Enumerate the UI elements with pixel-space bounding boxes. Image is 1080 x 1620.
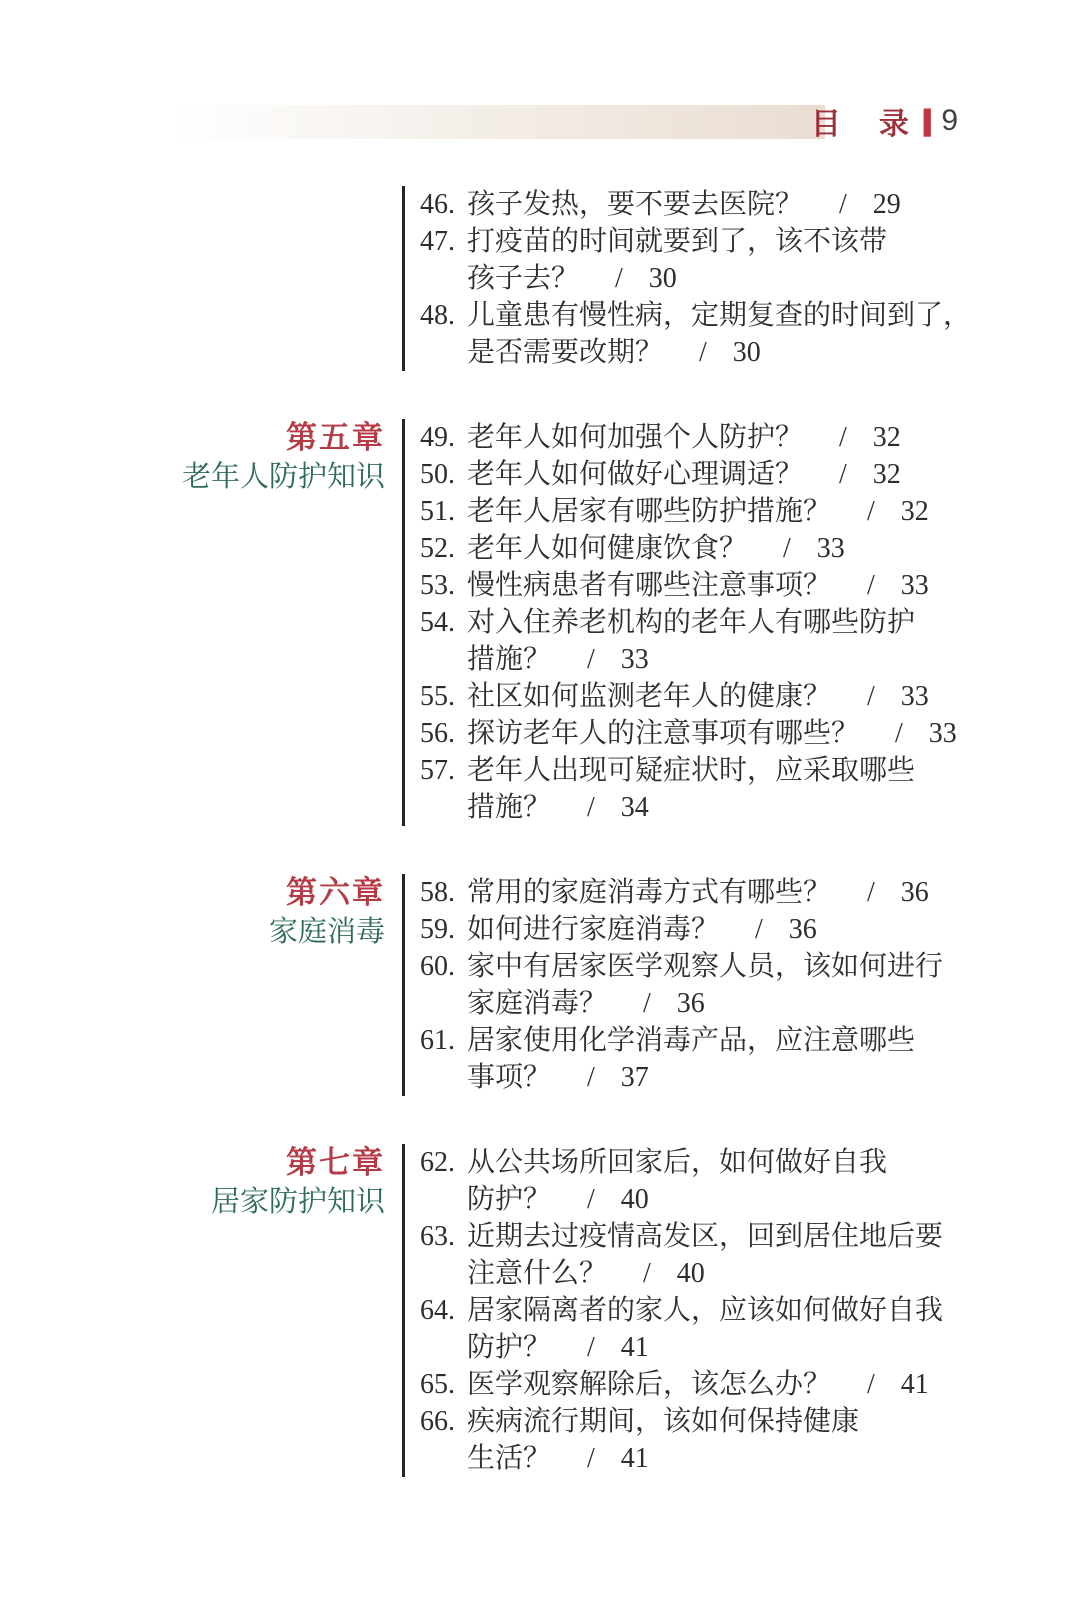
chapter-title: 居家防护知识 bbox=[0, 1184, 385, 1221]
toc-item-text: 打疫苗的时间就要到了，该不该带 孩子去？/30 bbox=[467, 223, 887, 297]
toc-item-text: 慢性病患者有哪些注意事项？/33 bbox=[467, 567, 929, 604]
toc-item-number: 64. bbox=[420, 1292, 467, 1366]
toc-item: 55. 社区如何监测老年人的健康？/33 bbox=[420, 678, 1020, 715]
toc-item-slash: / bbox=[755, 914, 763, 945]
toc-items-list: 58. 常用的家庭消毒方式有哪些？/36 59. 如何进行家庭消毒？/36 60… bbox=[402, 874, 1080, 1096]
toc-item-text: 居家隔离者的家人，应该如何做好自我 防护？/41 bbox=[467, 1292, 943, 1366]
header-title: 目 录 | 9 bbox=[811, 101, 958, 141]
toc-item-page-number: 41 bbox=[901, 1369, 929, 1400]
toc-item-number: 57. bbox=[420, 752, 467, 826]
toc-item-number: 63. bbox=[420, 1218, 467, 1292]
toc-item-page-number: 32 bbox=[873, 459, 901, 490]
toc-item: 50. 老年人如何做好心理调适？/32 bbox=[420, 456, 1020, 493]
toc-item-slash: / bbox=[867, 496, 875, 527]
toc-item-slash: / bbox=[699, 337, 707, 368]
toc-item: 64. 居家隔离者的家人，应该如何做好自我 防护？/41 bbox=[420, 1292, 1020, 1366]
toc-item-number: 66. bbox=[420, 1403, 467, 1477]
toc-item-slash: / bbox=[867, 1369, 875, 1400]
toc-item-slash: / bbox=[895, 718, 903, 749]
toc-item-page-number: 41 bbox=[621, 1443, 649, 1474]
toc-item-slash: / bbox=[867, 681, 875, 712]
toc-item-page-number: 30 bbox=[649, 263, 677, 294]
toc-item-page-number: 40 bbox=[677, 1258, 705, 1289]
toc-item-slash: / bbox=[839, 459, 847, 490]
toc-item: 52. 老年人如何健康饮食？/33 bbox=[420, 530, 1020, 567]
header-title-char-2: 录 bbox=[879, 99, 909, 143]
toc-item-slash: / bbox=[839, 189, 847, 220]
toc-item-question: 老年人如何健康饮食？ bbox=[467, 533, 747, 564]
toc-items-list: 62. 从公共场所回家后，如何做好自我 防护？/40 63. 近期去过疫情高发区… bbox=[402, 1144, 1080, 1477]
toc-item-number: 61. bbox=[420, 1022, 467, 1096]
toc-item-number: 58. bbox=[420, 874, 467, 911]
toc-item-slash: / bbox=[615, 263, 623, 294]
chapter-block-5: 第五章 老年人防护知识 49. 老年人如何加强个人防护？/32 50. 老年人如… bbox=[0, 419, 1080, 826]
toc-item-page-number: 41 bbox=[621, 1332, 649, 1363]
toc-item-number: 65. bbox=[420, 1366, 467, 1403]
toc-item-question: 社区如何监测老年人的健康？ bbox=[467, 681, 831, 712]
toc-item: 51. 老年人居家有哪些防护措施？/32 bbox=[420, 493, 1020, 530]
toc-item: 48. 儿童患有慢性病，定期复查的时间到了， 是否需要改期？/30 bbox=[420, 297, 1020, 371]
toc-item-page-number: 34 bbox=[621, 792, 649, 823]
toc-item: 46. 孩子发热，要不要去医院？/29 bbox=[420, 186, 1020, 223]
toc-item-slash: / bbox=[783, 533, 791, 564]
chapter-label: 第七章 居家防护知识 bbox=[0, 1144, 402, 1477]
chapter-label bbox=[0, 186, 402, 371]
toc-item: 61. 居家使用化学消毒产品，应注意哪些 事项？/37 bbox=[420, 1022, 1020, 1096]
toc-item-text: 老年人如何健康饮食？/33 bbox=[467, 530, 845, 567]
toc-items-list: 46. 孩子发热，要不要去医院？/29 47. 打疫苗的时间就要到了，该不该带 … bbox=[402, 186, 1080, 371]
toc-item-question: 老年人出现可疑症状时，应采取哪些 措施？ bbox=[467, 755, 915, 823]
toc-item-text: 疾病流行期间，该如何保持健康 生活？/41 bbox=[467, 1403, 859, 1477]
toc-item-text: 老年人如何做好心理调适？/32 bbox=[467, 456, 901, 493]
toc-item-number: 55. bbox=[420, 678, 467, 715]
toc-item-question: 老年人如何做好心理调适？ bbox=[467, 459, 803, 490]
toc-item-question: 打疫苗的时间就要到了，该不该带 孩子去？ bbox=[467, 226, 887, 294]
toc-item-question: 居家隔离者的家人，应该如何做好自我 防护？ bbox=[467, 1295, 943, 1363]
toc-item-text: 老年人如何加强个人防护？/32 bbox=[467, 419, 901, 456]
toc-item-number: 53. bbox=[420, 567, 467, 604]
toc-item-text: 探访老年人的注意事项有哪些？/33 bbox=[467, 715, 957, 752]
toc-item-question: 儿童患有慢性病，定期复查的时间到了， 是否需要改期？ bbox=[467, 300, 971, 368]
toc-item-page-number: 33 bbox=[817, 533, 845, 564]
toc-item-text: 居家使用化学消毒产品，应注意哪些 事项？/37 bbox=[467, 1022, 915, 1096]
toc-item-text: 老年人出现可疑症状时，应采取哪些 措施？/34 bbox=[467, 752, 915, 826]
chapter-label: 第五章 老年人防护知识 bbox=[0, 419, 402, 826]
toc-item-page-number: 37 bbox=[621, 1062, 649, 1093]
toc-item-number: 46. bbox=[420, 186, 467, 223]
toc-item-text: 社区如何监测老年人的健康？/33 bbox=[467, 678, 929, 715]
toc-item-question: 老年人居家有哪些防护措施？ bbox=[467, 496, 831, 527]
toc-item-page-number: 36 bbox=[789, 914, 817, 945]
chapter-title: 家庭消毒 bbox=[0, 914, 385, 951]
toc-item-number: 60. bbox=[420, 948, 467, 1022]
toc-item-number: 62. bbox=[420, 1144, 467, 1218]
toc-item-page-number: 36 bbox=[901, 877, 929, 908]
toc-item-question: 近期去过疫情高发区，回到居住地后要 注意什么？ bbox=[467, 1221, 943, 1289]
toc-item-number: 51. bbox=[420, 493, 467, 530]
toc-item-slash: / bbox=[587, 792, 595, 823]
toc-item-page-number: 40 bbox=[621, 1184, 649, 1215]
chapter-label: 第六章 家庭消毒 bbox=[0, 874, 402, 1096]
toc-item-slash: / bbox=[587, 1332, 595, 1363]
toc-item-text: 孩子发热，要不要去医院？/29 bbox=[467, 186, 901, 223]
chapter-block-6: 第六章 家庭消毒 58. 常用的家庭消毒方式有哪些？/36 59. 如何进行家庭… bbox=[0, 874, 1080, 1096]
toc-item-question: 探访老年人的注意事项有哪些？ bbox=[467, 718, 859, 749]
toc-item-page-number: 33 bbox=[621, 644, 649, 675]
toc-item: 57. 老年人出现可疑症状时，应采取哪些 措施？/34 bbox=[420, 752, 1020, 826]
chapter-block-continued: 46. 孩子发热，要不要去医院？/29 47. 打疫苗的时间就要到了，该不该带 … bbox=[0, 186, 1080, 371]
toc-item-page-number: 33 bbox=[929, 718, 957, 749]
toc-item-page-number: 36 bbox=[677, 988, 705, 1019]
toc-item-page-number: 32 bbox=[901, 496, 929, 527]
toc-item: 60. 家中有居家医学观察人员，该如何进行 家庭消毒？/36 bbox=[420, 948, 1020, 1022]
header-title-char-1: 目 bbox=[811, 99, 841, 143]
toc-item-page-number: 30 bbox=[733, 337, 761, 368]
toc-item-text: 老年人居家有哪些防护措施？/32 bbox=[467, 493, 929, 530]
toc-item-question: 对入住养老机构的老年人有哪些防护 措施？ bbox=[467, 607, 915, 675]
toc-item-number: 52. bbox=[420, 530, 467, 567]
toc-item-page-number: 32 bbox=[873, 422, 901, 453]
chapter-title: 老年人防护知识 bbox=[0, 459, 385, 496]
toc-page: 目 录 | 9 46. 孩子发热，要不要去医院？/29 47. bbox=[0, 0, 1080, 1620]
toc-item-question: 家中有居家医学观察人员，该如何进行 家庭消毒？ bbox=[467, 951, 943, 1019]
toc-item-number: 49. bbox=[420, 419, 467, 456]
toc-item-number: 47. bbox=[420, 223, 467, 297]
toc-item-question: 医学观察解除后，该怎么办？ bbox=[467, 1369, 831, 1400]
toc-item: 58. 常用的家庭消毒方式有哪些？/36 bbox=[420, 874, 1020, 911]
toc-item: 53. 慢性病患者有哪些注意事项？/33 bbox=[420, 567, 1020, 604]
toc-item-slash: / bbox=[643, 1258, 651, 1289]
chapter-number: 第七章 bbox=[0, 1144, 385, 1181]
toc-item-slash: / bbox=[643, 988, 651, 1019]
toc-item-number: 50. bbox=[420, 456, 467, 493]
toc-item-text: 家中有居家医学观察人员，该如何进行 家庭消毒？/36 bbox=[467, 948, 943, 1022]
toc-item-slash: / bbox=[587, 1443, 595, 1474]
toc-item-text: 医学观察解除后，该怎么办？/41 bbox=[467, 1366, 929, 1403]
toc-item-question: 常用的家庭消毒方式有哪些？ bbox=[467, 877, 831, 908]
toc-item: 59. 如何进行家庭消毒？/36 bbox=[420, 911, 1020, 948]
chapter-number: 第五章 bbox=[0, 419, 385, 456]
toc-item: 63. 近期去过疫情高发区，回到居住地后要 注意什么？/40 bbox=[420, 1218, 1020, 1292]
toc-item: 49. 老年人如何加强个人防护？/32 bbox=[420, 419, 1020, 456]
toc-item-text: 常用的家庭消毒方式有哪些？/36 bbox=[467, 874, 929, 911]
toc-item-page-number: 33 bbox=[901, 681, 929, 712]
header-gradient-bar bbox=[170, 105, 825, 139]
toc-item: 47. 打疫苗的时间就要到了，该不该带 孩子去？/30 bbox=[420, 223, 1020, 297]
toc-item-question: 疾病流行期间，该如何保持健康 生活？ bbox=[467, 1406, 859, 1474]
toc-item-question: 如何进行家庭消毒？ bbox=[467, 914, 719, 945]
toc-item-text: 对入住养老机构的老年人有哪些防护 措施？/33 bbox=[467, 604, 915, 678]
toc-item-number: 48. bbox=[420, 297, 467, 371]
toc-item: 66. 疾病流行期间，该如何保持健康 生活？/41 bbox=[420, 1403, 1020, 1477]
toc-item-number: 59. bbox=[420, 911, 467, 948]
toc-item-slash: / bbox=[587, 644, 595, 675]
toc-item-text: 从公共场所回家后，如何做好自我 防护？/40 bbox=[467, 1144, 887, 1218]
toc-item-page-number: 33 bbox=[901, 570, 929, 601]
toc-item-text: 近期去过疫情高发区，回到居住地后要 注意什么？/40 bbox=[467, 1218, 943, 1292]
toc-item-question: 居家使用化学消毒产品，应注意哪些 事项？ bbox=[467, 1025, 915, 1093]
toc-item-slash: / bbox=[867, 877, 875, 908]
toc-item: 56. 探访老年人的注意事项有哪些？/33 bbox=[420, 715, 1020, 752]
toc-item-page-number: 29 bbox=[873, 189, 901, 220]
toc-item-question: 慢性病患者有哪些注意事项？ bbox=[467, 570, 831, 601]
toc-item-question: 孩子发热，要不要去医院？ bbox=[467, 189, 803, 220]
chapter-block-7: 第七章 居家防护知识 62. 从公共场所回家后，如何做好自我 防护？/40 63… bbox=[0, 1144, 1080, 1477]
toc-item-question: 从公共场所回家后，如何做好自我 防护？ bbox=[467, 1147, 887, 1215]
toc-item-slash: / bbox=[839, 422, 847, 453]
toc-item-text: 儿童患有慢性病，定期复查的时间到了， 是否需要改期？/30 bbox=[467, 297, 971, 371]
toc-content: 46. 孩子发热，要不要去医院？/29 47. 打疫苗的时间就要到了，该不该带 … bbox=[0, 0, 1080, 1477]
header-separator-bar: | bbox=[919, 104, 935, 138]
toc-item-slash: / bbox=[587, 1062, 595, 1093]
toc-item-text: 如何进行家庭消毒？/36 bbox=[467, 911, 817, 948]
toc-item-question: 老年人如何加强个人防护？ bbox=[467, 422, 803, 453]
toc-items-list: 49. 老年人如何加强个人防护？/32 50. 老年人如何做好心理调适？/32 … bbox=[402, 419, 1080, 826]
header-page-number: 9 bbox=[941, 104, 958, 138]
toc-item-slash: / bbox=[587, 1184, 595, 1215]
toc-item: 62. 从公共场所回家后，如何做好自我 防护？/40 bbox=[420, 1144, 1020, 1218]
toc-item: 54. 对入住养老机构的老年人有哪些防护 措施？/33 bbox=[420, 604, 1020, 678]
toc-item: 65. 医学观察解除后，该怎么办？/41 bbox=[420, 1366, 1020, 1403]
chapter-number: 第六章 bbox=[0, 874, 385, 911]
toc-item-slash: / bbox=[867, 570, 875, 601]
toc-item-number: 54. bbox=[420, 604, 467, 678]
toc-item-number: 56. bbox=[420, 715, 467, 752]
